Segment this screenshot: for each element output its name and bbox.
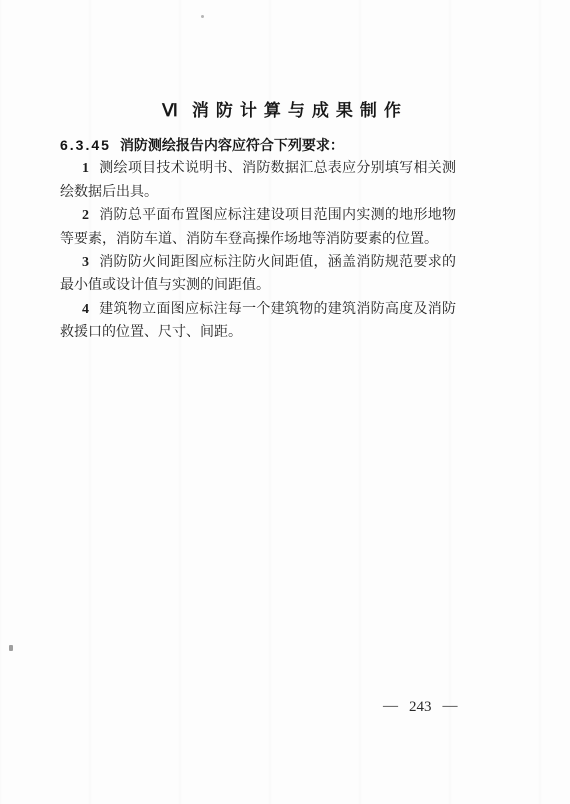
section-title: 消防计算与成果制作 bbox=[192, 101, 408, 120]
item-number: 1 bbox=[82, 161, 89, 176]
section-heading: Ⅵ消防计算与成果制作 bbox=[0, 96, 570, 121]
item-text: 测绘项目技术说明书、消防数据汇总表应分别填写相关测绘数据后出具。 bbox=[60, 161, 456, 199]
item-number: 3 bbox=[82, 255, 89, 270]
item-text: 消防防火间距图应标注防火间距值，涵盖消防规范要求的最小值或设计值与实测的间距值。 bbox=[60, 255, 456, 293]
item-number: 4 bbox=[82, 302, 89, 317]
item-text: 消防总平面布置图应标注建设项目范围内实测的地形地物等要素，消防车道、消防车登高操… bbox=[60, 208, 456, 246]
clause-number: 6.3.45 bbox=[60, 137, 111, 153]
clause-item: 2消防总平面布置图应标注建设项目范围内实测的地形地物等要素，消防车道、消防车登高… bbox=[60, 204, 456, 251]
page-number: 243 bbox=[409, 699, 432, 716]
item-number: 2 bbox=[82, 208, 89, 223]
clause-item: 4建筑物立面图应标注每一个建筑物的建筑消防高度及消防救援口的位置、尺寸、间距。 bbox=[60, 298, 456, 345]
clause-text: 消防测绘报告内容应符合下列要求： bbox=[120, 137, 344, 153]
section-numeral: Ⅵ bbox=[162, 101, 178, 120]
clause-item: 1测绘项目技术说明书、消防数据汇总表应分别填写相关测绘数据后出具。 bbox=[60, 157, 456, 204]
page-number-footer: — 243 — bbox=[383, 699, 458, 716]
scan-speck bbox=[201, 15, 204, 18]
page-number-dash-right: — bbox=[443, 698, 458, 715]
scan-speck bbox=[9, 645, 13, 651]
clause-body: 6.3.45消防测绘报告内容应符合下列要求： 1测绘项目技术说明书、消防数据汇总… bbox=[60, 134, 456, 345]
page-number-dash-left: — bbox=[383, 698, 398, 715]
clause-item: 3消防防火间距图应标注防火间距值，涵盖消防规范要求的最小值或设计值与实测的间距值… bbox=[60, 251, 456, 298]
clause-heading: 6.3.45消防测绘报告内容应符合下列要求： bbox=[60, 134, 456, 157]
item-text: 建筑物立面图应标注每一个建筑物的建筑消防高度及消防救援口的位置、尺寸、间距。 bbox=[60, 302, 456, 340]
document-page: Ⅵ消防计算与成果制作 6.3.45消防测绘报告内容应符合下列要求： 1测绘项目技… bbox=[0, 0, 570, 804]
